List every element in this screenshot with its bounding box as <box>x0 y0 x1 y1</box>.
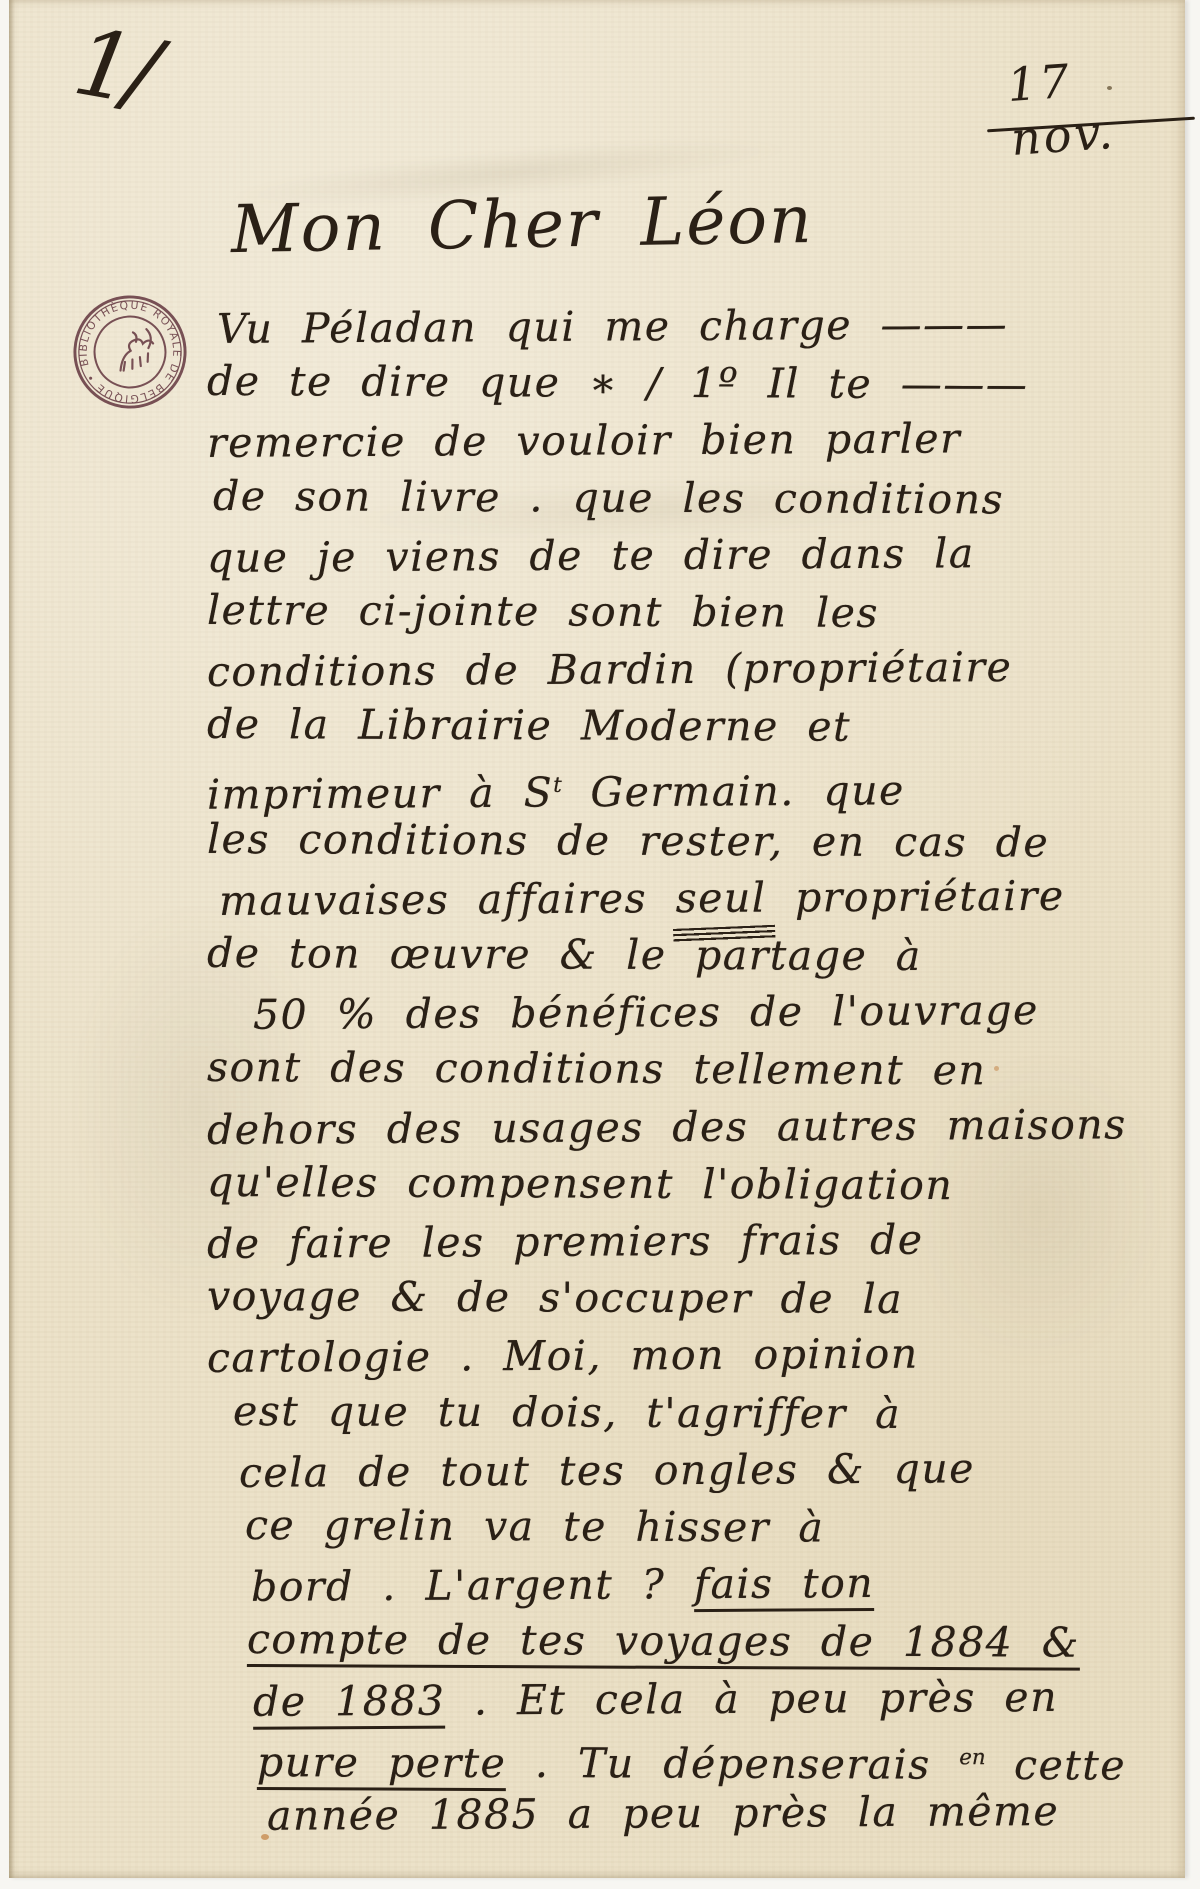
letter-text-segment: seul <box>675 869 766 927</box>
letter-line: conditions de Bardin (propriétaire <box>207 638 1167 701</box>
letter-text-segment: propriétaire <box>766 872 1064 922</box>
letter-text-segment: de 1883 <box>253 1676 446 1729</box>
letter-text-segment: année 1885 a peu près la même <box>267 1787 1059 1840</box>
letter-line: cartologie . Moi, mon opinion <box>207 1324 1167 1387</box>
letter-text-segment: en <box>959 1745 985 1770</box>
letter-text-segment: . Et cela à peu près en <box>445 1672 1058 1724</box>
letter-text-segment: sont des conditions tellement en <box>207 1043 987 1094</box>
library-stamp-icon: BIBLIOTHÈQUE ROYALE DE BELGIQUE • <box>56 278 205 427</box>
letter-text-segment: Vu Péladan qui me charge ——— <box>217 300 1008 353</box>
letter-line: sont des conditions tellement en <box>207 1039 1167 1100</box>
letter-line: de ton œuvre & le partage à <box>207 925 1167 986</box>
letter-line: 50 % des bénéfices de l'ouvrage <box>253 981 1167 1044</box>
letter-text-segment: est que tu dois, t'agriffer à <box>233 1387 901 1438</box>
letter-text-segment: . Tu dépenserais <box>506 1738 959 1788</box>
page-number: 1/ <box>68 16 160 120</box>
letter-text-segment: de faire les premiers frais de <box>207 1216 924 1268</box>
letter-line: de son livre . que les conditions <box>213 467 1167 528</box>
letter-text-segment: de ton œuvre & le partage à <box>207 929 922 980</box>
letter-line: mauvaises affaires seul propriétaire <box>219 867 1167 930</box>
letter-line: que je viens de te dire dans la <box>207 524 1167 587</box>
letter-text-segment: conditions de Bardin (propriétaire <box>207 643 1013 696</box>
letter-line: ce grelin va te hisser à <box>245 1497 1167 1558</box>
letter-text-segment: Germain. que <box>562 766 905 816</box>
letter-body: Vu Péladan qui me charge ———de te dire q… <box>207 298 1167 1842</box>
letter-line: est que tu dois, t'agriffer à <box>233 1383 1167 1444</box>
letter-line: de la Librairie Moderne et <box>207 696 1167 757</box>
letter-text-segment: pure perte <box>257 1737 507 1790</box>
letter-line: compte de tes voyages de 1884 & <box>247 1611 1167 1672</box>
letter-line: remercie de vouloir bien parler <box>207 409 1167 472</box>
letter-line: de faire les premiers frais de <box>207 1210 1167 1273</box>
letter-text-segment: de la Librairie Moderne et <box>207 700 851 751</box>
letter-text-segment: lettre ci-jointe sont bien les <box>207 586 879 637</box>
letter-line: de 1883 . Et cela à peu près en <box>253 1668 1167 1731</box>
letter-text-segment: dehors des usages des autres maisons <box>207 1100 1127 1154</box>
salutation: Mon Cher Léon <box>230 181 814 268</box>
letter-line: pure perte . Tu dépenserais en cette <box>257 1726 1167 1787</box>
letter-line: Vu Péladan qui me charge ——— <box>217 295 1167 358</box>
letter-text-segment: cela de tout tes ongles & que <box>239 1444 975 1496</box>
letter-line: cela de tout tes ongles & que <box>239 1439 1167 1502</box>
letter-text-segment: mauvaises affaires <box>219 874 676 925</box>
letter-line: voyage & de s'occuper de la <box>207 1268 1167 1329</box>
letter-text-segment: voyage & de s'occuper de la <box>207 1272 903 1323</box>
letter-text-segment: les conditions de rester, en cas de <box>207 815 1049 867</box>
letter-line: lettre ci-jointe sont bien les <box>207 582 1167 643</box>
letter-date: 17 nov. <box>1005 46 1188 166</box>
letter-line: les conditions de rester, en cas de <box>207 811 1167 872</box>
letter-line: imprimeur à St Germain. que <box>207 753 1167 816</box>
letter-line: année 1885 a peu près la même <box>267 1782 1167 1845</box>
letter-text-segment: de son livre . que les conditions <box>213 471 1004 522</box>
letter-line: qu'elles compensent l'obligation <box>207 1154 1167 1215</box>
lion-rampant-icon <box>111 328 159 373</box>
letter-text-segment: bord . L'argent ? <box>251 1560 694 1611</box>
letter-line: bord . L'argent ? fais ton <box>251 1553 1167 1616</box>
letter-text-segment: t <box>553 772 562 797</box>
letter-text-segment: de te dire que ∗ / 1º Il te ——— <box>207 357 1028 409</box>
letter-line: de te dire que ∗ / 1º Il te ——— <box>207 353 1167 414</box>
letter-text-segment: compte de tes voyages de 1884 & <box>247 1615 1080 1671</box>
letter-text-segment: fais ton <box>694 1559 875 1612</box>
letter-text-segment: qu'elles compensent l'obligation <box>207 1158 954 1209</box>
letter-text-segment: remercie de vouloir bien parler <box>207 415 961 468</box>
letter-paper: 1/ 17 nov. BIBLIOTHÈQUE ROYALE DE BELGIQ… <box>9 0 1185 1878</box>
letter-text-segment: cartologie . Moi, mon opinion <box>207 1330 919 1382</box>
letter-text-segment: ce grelin va te hisser à <box>245 1501 825 1552</box>
letter-line: dehors des usages des autres maisons <box>207 1096 1167 1159</box>
letter-text-segment: que je viens de te dire dans la <box>207 529 975 582</box>
paper-deckle-edge <box>9 0 16 1878</box>
letter-text-segment: 50 % des bénéfices de l'ouvrage <box>253 986 1039 1039</box>
